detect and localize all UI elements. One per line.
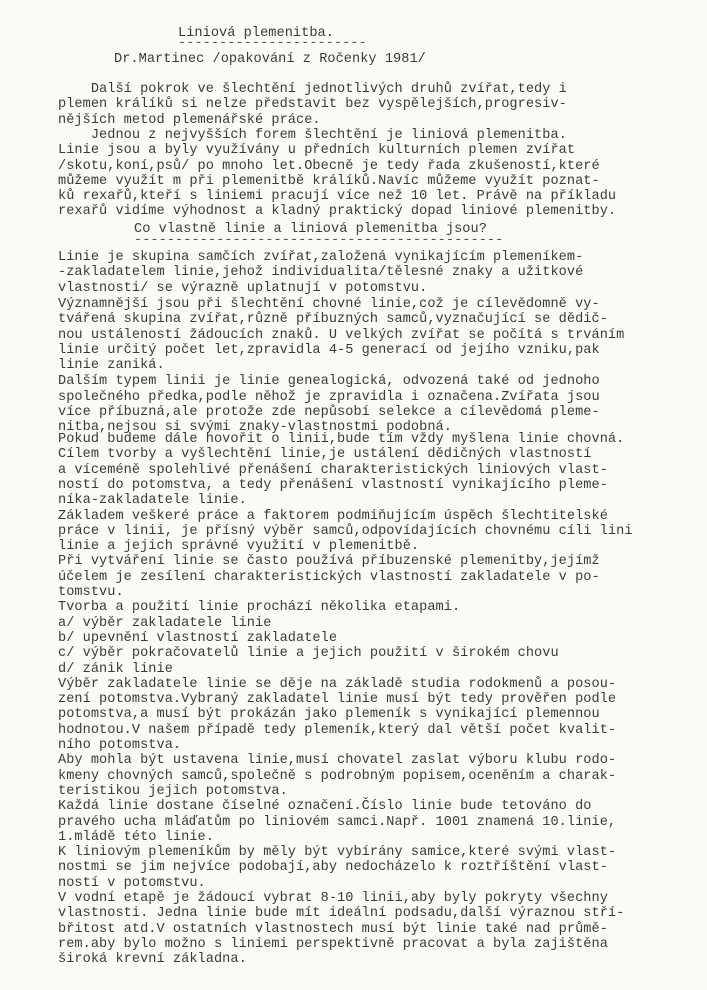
text-line: nějších metod plemenářské práce.: [58, 113, 321, 128]
text-line: Dalším typem linii je linie genealogická…: [58, 374, 600, 389]
text-line: společného předka,podle něhož je zpravid…: [58, 390, 600, 405]
text-line: nou ustáleností žádoucích znaků. U velký…: [58, 328, 624, 343]
title-underline: -----------------------: [178, 36, 367, 51]
text-line: vlastnosti/ se výrazně uplatnují v potom…: [58, 281, 427, 296]
text-line: a víceméně spolehlivé přenášení charakte…: [58, 463, 608, 478]
text-line: Výběr zakladatele linie se děje na zákla…: [58, 677, 616, 692]
text-line: plemen králíků si nelze představit bez v…: [58, 97, 567, 112]
text-line: pravého ucha mláďatům po liniovém samci.…: [58, 815, 616, 830]
text-line: práce v linii, je přísný výběr samců,odp…: [58, 524, 633, 539]
text-line: Základem veškeré práce a faktorem podmiň…: [58, 509, 608, 524]
text-line: a/ výběr zakladatele linie: [58, 616, 271, 631]
text-line: nostmi se jim nejvíce podobají,aby nedoc…: [58, 860, 608, 875]
text-line: linie a jejich správné využití v plemeni…: [58, 539, 419, 554]
text-line: /skotu,koní,psů/ po mnoho let.Obecně je …: [58, 159, 600, 174]
text-line: linie určitý počet let,zpravidla 4-5 gen…: [58, 343, 600, 358]
text-line: více příbuzná,ale protože zde nepůsobí s…: [58, 405, 600, 420]
text-line: vlastnosti. Jedna linie bude mít ideální…: [58, 906, 624, 921]
text-line: K liniovým plemeníkům by měly být vybírá…: [58, 845, 616, 860]
text-line: rem.aby bylo možno s liniemi perspektivn…: [58, 937, 608, 952]
text-line: ků rexařů,kteří s liniemi pracují více n…: [58, 189, 616, 204]
text-line: Linie jsou a byly využívány u předních k…: [58, 143, 575, 158]
text-line: Cílem tvorby a vyšlechtění linie,je ustá…: [58, 447, 592, 462]
text-line: tvářená skupina zvířat,různě příbuzných …: [58, 312, 608, 327]
document-subtitle: Dr.Martinec /opakování z Ročenky 1981/: [114, 52, 426, 67]
text-line: potomstva,a musí být prokázán jako pleme…: [58, 707, 600, 722]
text-line: Tvorba a použití linie prochází několika…: [58, 600, 460, 615]
text-line: břitost atd.V ostatních vlastnostech mus…: [58, 922, 608, 937]
typewritten-page: Liniová plemenitba. --------------------…: [0, 0, 707, 990]
text-line: hodnotou.V našem případě tedy plemeník,k…: [58, 723, 616, 738]
text-line: Linie je skupina samčích zvířat,založená…: [58, 250, 583, 265]
text-line: Při vytváření linie se často používá pří…: [58, 554, 600, 569]
text-line: c/ výběr pokračovatelů linie a jejich po…: [58, 646, 559, 661]
text-line: b/ upevnění vlastností zakladatele: [58, 631, 337, 646]
section-heading-underline: ----------------------------------------…: [134, 233, 503, 248]
text-line: teristikou jejich potomstva.: [58, 784, 288, 799]
text-line: Pokud budeme dále hovořit o linii,bude t…: [58, 432, 624, 447]
text-line: zení potomstva.Vybraný zakladatel linie …: [58, 692, 616, 707]
text-line: Každá linie dostane číselné označení.Čís…: [58, 799, 592, 814]
text-line: můžeme využít m při plemenitbě králíků.N…: [58, 174, 600, 189]
text-line: 1.mládě této linie.: [58, 830, 214, 845]
text-line: Jednou z nejvyšších forem šlechtění je l…: [58, 128, 567, 143]
text-line: ního potomstva.: [58, 738, 181, 753]
text-line: tomstvu.: [58, 585, 124, 600]
text-line: V vodní etapě je žádoucí vybrat 8-10 lin…: [58, 891, 608, 906]
text-line: -zakladatelem linie,jehož individualita/…: [58, 265, 583, 280]
text-line: linie zaniká.: [58, 358, 165, 373]
text-line: rexařů vidíme výhodnost a kladný praktic…: [58, 204, 616, 219]
text-line: ností v potomstvu.: [58, 876, 206, 891]
text-line: Významnější jsou při šlechtění chovné li…: [58, 297, 600, 312]
text-line: d/ zánik linie: [58, 662, 173, 677]
text-line: kmeny chovných samců,společně s podrobný…: [58, 769, 616, 784]
text-line: níka-zakladatele linie.: [58, 493, 247, 508]
text-line: ností do potomstva, a tedy přenášení vla…: [58, 478, 608, 493]
text-line: účelem je zesílení charakteristických vl…: [58, 570, 600, 585]
text-line: Aby mohla být ustavena linie,musí chovat…: [58, 753, 616, 768]
text-line: Další pokrok ve šlechtění jednotlivých d…: [58, 82, 567, 97]
text-line: široká krevní základna.: [58, 952, 247, 967]
